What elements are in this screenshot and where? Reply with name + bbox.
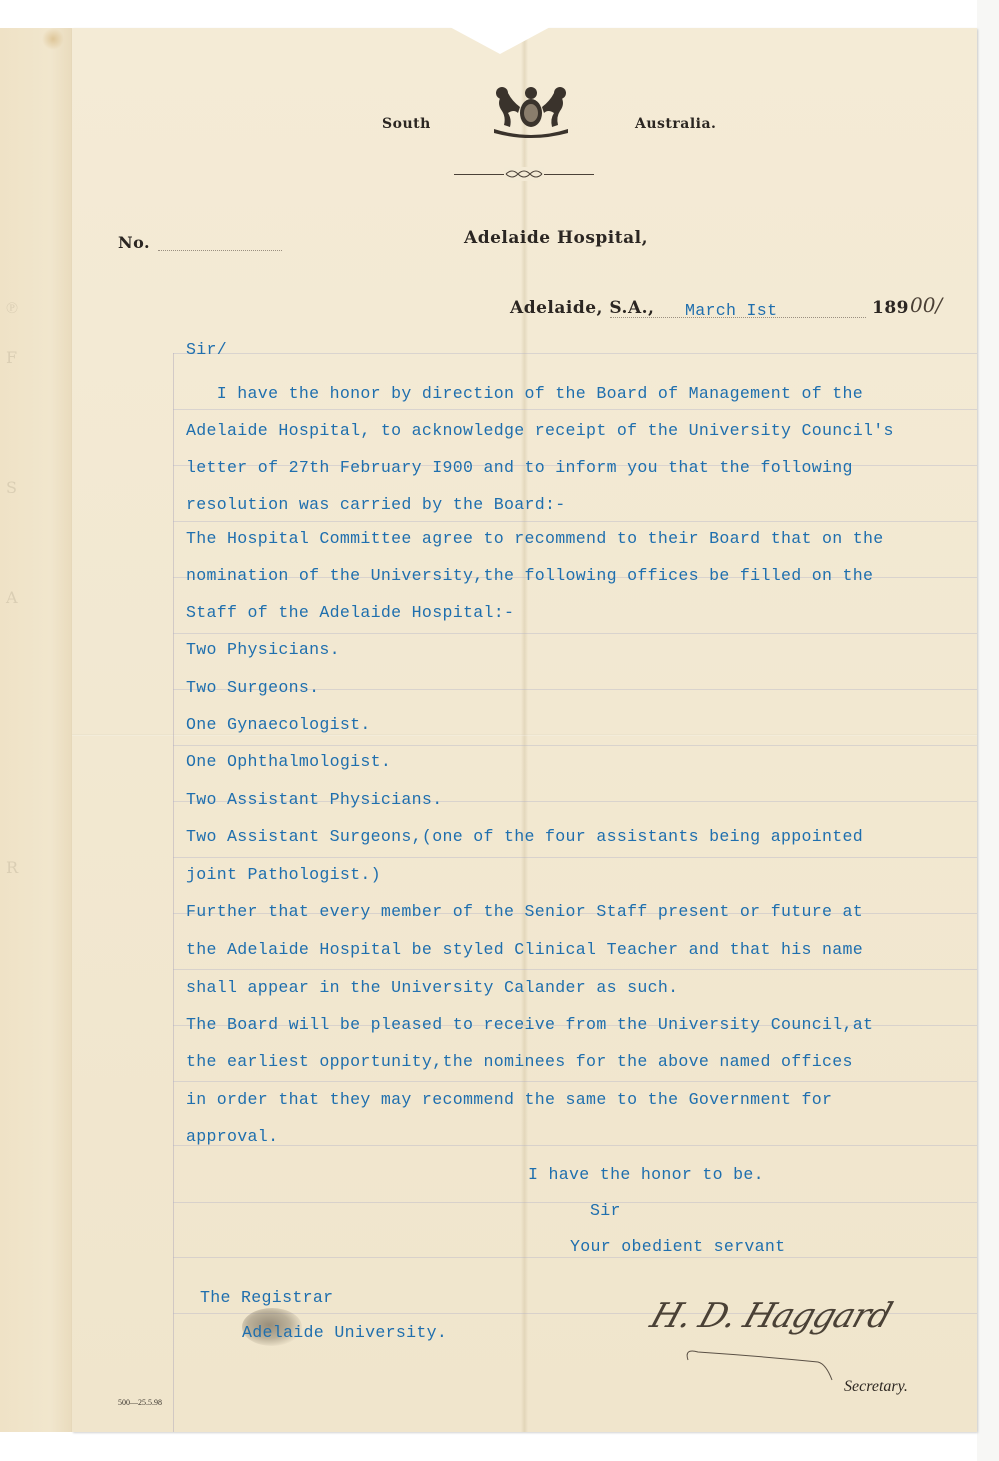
closing-line: Sir [590,1201,621,1220]
addressee-line: Adelaide University. [242,1323,447,1342]
bleed-through-text: F [6,348,17,367]
office-list-item: Two Physicians. [186,640,340,659]
stain [42,28,64,50]
body-line: the Adelaide Hospital be styled Clinical… [186,940,863,959]
ruled-line [173,1081,977,1082]
ruled-line [173,1202,977,1203]
body-line: The Hospital Committee agree to recommen… [186,529,884,548]
body-line: in order that they may recommend the sam… [186,1090,832,1109]
body-line: letter of 27th February I900 and to info… [186,458,853,477]
body-line: nomination of the University,the followi… [186,566,873,585]
body-line: resolution was carried by the Board:- [186,495,566,514]
letterhead-institution: Adelaide Hospital, [464,228,648,248]
bleed-through-text: S [6,478,17,497]
signatory-title: Secretary. [844,1378,908,1396]
body-line: shall appear in the University Calander … [186,978,678,997]
ruled-line [173,353,977,354]
year-handwritten: 00/ [910,293,942,317]
body-line: Further that every member of the Senior … [186,902,863,921]
print-code: 500—25.5.98 [118,1398,162,1407]
letter-page: South Australia. Adelaide Hospital, No. … [72,28,977,1432]
signature-flourish-icon [684,1346,844,1382]
ruled-line [173,409,977,410]
body-line: approval. [186,1127,278,1146]
ruled-line [173,745,977,746]
body-line: the earliest opportunity,the nominees fo… [186,1052,853,1071]
torn-notch [448,26,552,54]
body-line: I have the honor by direction of the Boa… [186,384,863,403]
ornament-flourish-icon [504,167,544,181]
addressee-line: The Registrar [200,1288,333,1307]
office-list-item: Two Assistant Physicians. [186,790,442,809]
office-list-item: Two Assistant Surgeons,(one of the four … [186,827,863,846]
signature: H. D. Haggard [646,1296,897,1336]
closing-line: I have the honor to be. [528,1165,764,1184]
office-list-item: Two Surgeons. [186,678,319,697]
ruled-line [173,857,977,858]
office-list-item: One Ophthalmologist. [186,752,391,771]
body-line: joint Pathologist.) [186,865,381,884]
bleed-through-text: A [6,588,18,607]
letterhead-city: Adelaide, S.A., [510,298,654,318]
salutation: Sir/ [186,340,227,359]
closing-line: Your obedient servant [570,1237,785,1256]
ruled-line [173,1257,977,1258]
ruled-line [173,633,977,634]
fold-crease [72,734,977,736]
scan-background [977,0,999,1461]
year-printed: 189 [872,298,909,318]
office-list-item: One Gynaecologist. [186,715,371,734]
body-line: The Board will be pleased to receive fro… [186,1015,873,1034]
letter-date: March Ist [685,301,777,320]
letterhead-region-left: South [382,116,431,132]
ruled-line [173,1145,977,1146]
adjacent-page: ℗ F S A R [0,28,73,1432]
reference-number-label: No. [118,233,150,252]
reference-number-field [158,250,282,251]
ruled-line [173,521,977,522]
bleed-through-text: ℗ [6,298,18,318]
body-line: Adelaide Hospital, to acknowledge receip… [186,421,894,440]
coat-of-arms-icon [488,83,574,141]
body-line: Staff of the Adelaide Hospital:- [186,603,514,622]
ruled-line [173,969,977,970]
margin-rule [173,353,174,1432]
letterhead-region-right: Australia. [635,116,716,132]
bleed-through-text: R [6,858,18,877]
